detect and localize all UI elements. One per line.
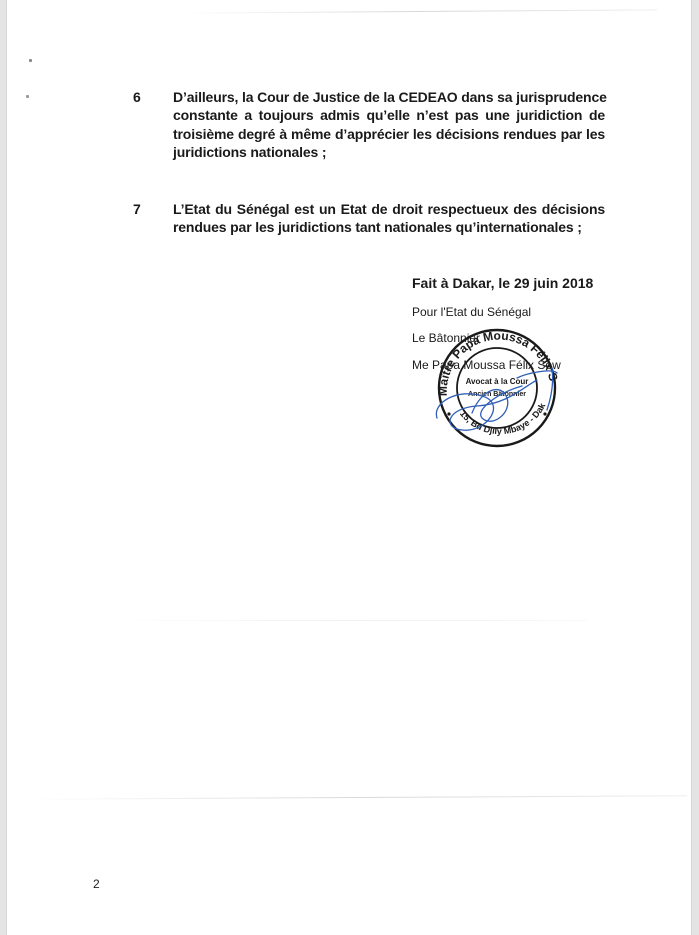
stamp-dot [543,412,546,415]
paragraph-line: L’Etat du Sénégal est un Etat de droit r… [173,200,605,218]
paragraph-line: D’ailleurs, la Cour de Justice de la CED… [173,88,605,106]
paragraph-line: rendues par les juridictions tant nation… [173,218,605,236]
lawyer-stamp: Maître Papa Moussa Félix Sow 15, Bd Djil… [427,318,567,448]
paragraph-number: 7 [133,200,141,218]
paragraph-line: juridictions nationales ; [173,143,605,161]
scan-line-top [177,9,657,13]
paragraph-body: L’Etat du Sénégal est un Etat de droit r… [173,200,605,237]
stamp-dot [447,412,450,415]
stamp-center-line1: Avocat à la Cour [466,377,529,386]
scan-speck [26,95,29,98]
on-behalf-line: Pour l'Etat du Sénégal [412,305,531,319]
scan-line-bottom [27,795,687,799]
paragraph-line: constante a toujours admis qu’elle n’est… [173,106,605,124]
page-number: 2 [93,877,100,891]
document-page: 6 D’ailleurs, la Cour de Justice de la C… [6,0,692,935]
paragraph-line: troisième degré à même d’apprécier les d… [173,125,605,143]
scan-speck [29,59,32,62]
scan-line-middle [107,620,587,621]
paragraph-number: 6 [133,88,141,106]
place-date: Fait à Dakar, le 29 juin 2018 [412,275,593,291]
paragraph-body: D’ailleurs, la Cour de Justice de la CED… [173,88,605,161]
